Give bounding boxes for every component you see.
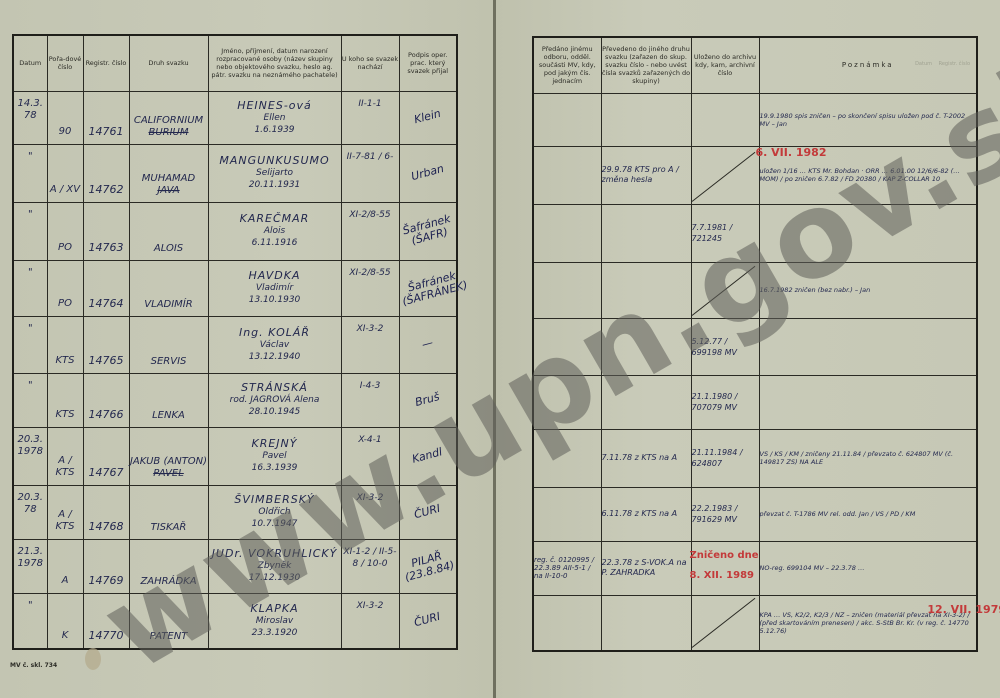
date-text: 20.3. 78	[18, 492, 43, 515]
cell-reg: 14764	[83, 260, 129, 316]
table-row: "KTS14766LENKASTRÁNSKÁrod. JAGROVÁ Alena…	[13, 373, 457, 427]
signature: Bruš	[414, 390, 441, 408]
paper-stain	[85, 648, 101, 670]
signature: PILAŘ (23.8.84)	[397, 547, 458, 585]
reg-number: 14770	[89, 629, 124, 642]
cell-signature: PILAŘ (23.8.84)	[399, 539, 457, 593]
cell-converted: 22.3.78 z S-VOK.A na P. ZAHRADKA	[601, 541, 691, 595]
cell-date: "	[13, 144, 47, 202]
red-stamp: 12. VII. 1979	[927, 606, 1000, 614]
handed-text: reg. č. 0120995 / 22.3.89 AII-5-1 / na I…	[534, 556, 594, 580]
cell-note: VS / KS / KM / zničeny 21.11.84 / převza…	[759, 429, 977, 487]
table-row: 7.11.78 z KTS na A21.11.1984 / 624807VS …	[533, 429, 977, 487]
cell-reg: 14770	[83, 593, 129, 649]
cell-order: A / XV	[47, 144, 83, 202]
reg-number: 14768	[89, 520, 124, 533]
cell-type: LENKA	[129, 373, 208, 427]
signature: ČURI	[413, 611, 442, 629]
cell-date: 21.3. 1978	[13, 539, 47, 593]
type-text: LENKA	[152, 410, 185, 422]
location-text: XI-3-2	[357, 324, 384, 334]
first-name: Vladimír	[256, 282, 293, 294]
cell-signature: Klein	[399, 91, 457, 144]
left-register-table: Datum Pořa-dové číslo Registr. číslo Dru…	[12, 34, 458, 650]
table-row: 29.9.78 KTS pro A / změna heslauložen 1/…	[533, 146, 977, 204]
cell-name: ŠVIMBERSKÝOldřich10.7.1947	[208, 485, 341, 539]
cell-archived: 7.7.1981 / 721245	[691, 204, 759, 262]
red-stamp: 6. VII. 1982	[756, 149, 827, 157]
reg-number: 14761	[89, 125, 124, 138]
cell-converted	[601, 318, 691, 375]
cell-note	[759, 375, 977, 429]
location-text: II-7-81 / 6-	[347, 152, 394, 162]
reg-number: 14766	[89, 408, 124, 421]
faint-header-registr: Registr. číslo	[939, 60, 970, 68]
cell-archived	[691, 146, 759, 204]
table-row: 14.3. 789014761CALIFORNIUMBURIUMHEINES-o…	[13, 91, 457, 144]
cell-location: X-4-1	[341, 427, 399, 485]
signature: ČURI	[413, 502, 442, 520]
cell-converted: 29.9.78 KTS pro A / změna hesla	[601, 146, 691, 204]
table-row: 21.1.1980 / 707079 MV	[533, 375, 977, 429]
left-header-row: Datum Pořa-dové číslo Registr. číslo Dru…	[13, 35, 457, 91]
cell-location: XI-2/8-55	[341, 202, 399, 260]
cell-converted	[601, 93, 691, 146]
cell-signature: Šafránek (ŠAFR)	[399, 202, 457, 260]
converted-text: 29.9.78 KTS pro A / změna hesla	[602, 165, 679, 184]
cell-type: ALOIS	[129, 202, 208, 260]
diagonal-strike-line	[691, 265, 755, 315]
cell-handed-over: reg. č. 0120995 / 22.3.89 AII-5-1 / na I…	[533, 541, 601, 595]
surname: MANGUNKUSUMO	[219, 155, 329, 167]
table-row: "K14770PATENTKLAPKAMiroslav23.3.1920XI-3…	[13, 593, 457, 649]
table-row: reg. č. 0120995 / 22.3.89 AII-5-1 / na I…	[533, 541, 977, 595]
surname: KAREČMAR	[240, 213, 310, 225]
cell-location: I-4-3	[341, 373, 399, 427]
archived-text: 21.1.1980 / 707079 MV	[692, 392, 738, 412]
location-text: X-4-1	[358, 435, 381, 445]
note-text: 19.9.1980 spis zničen – po skončení spis…	[760, 112, 966, 128]
header-predano: Předáno jinému odboru, odděl. součásti M…	[533, 37, 601, 93]
cell-order: PO	[47, 202, 83, 260]
cell-converted	[601, 375, 691, 429]
cell-archived	[691, 262, 759, 318]
table-row: 6.11.78 z KTS na A22.2.1983 / 791629 MVp…	[533, 487, 977, 541]
date-text: 14.3. 78	[18, 98, 43, 121]
location-text: XI-3-2	[357, 601, 384, 611]
header-poznamka: Poznámka Datum Registr. číslo	[759, 37, 977, 93]
cell-note	[759, 204, 977, 262]
cell-order: A	[47, 539, 83, 593]
date-text: "	[28, 151, 33, 162]
reg-number: 14765	[89, 354, 124, 367]
cell-date: 20.3. 78	[13, 485, 47, 539]
header-registr-cislo: Registr. číslo	[83, 35, 129, 91]
cell-name: JUDr. VOKRUHLICKÝZbyněk17.12.1930	[208, 539, 341, 593]
surname: STRÁNSKÁ	[241, 382, 308, 394]
note-text: uložen 1/16 … KTS Mr. Bohdan · ORR … 6.0…	[760, 167, 960, 183]
cell-type: TISKAŘ	[129, 485, 208, 539]
header-u-koho: U koho se svazek nachází	[341, 35, 399, 91]
header-datum: Datum	[13, 35, 47, 91]
table-row: 21.3. 1978A14769ZAHRÁDKAJUDr. VOKRUHLICK…	[13, 539, 457, 593]
header-podpis: Podpis oper. prac. který svazek přijal	[399, 35, 457, 91]
cell-name: MANGUNKUSUMOSelijarto20.11.1931	[208, 144, 341, 202]
cell-reg: 14765	[83, 316, 129, 373]
note-text: NO-reg. 699104 MV – 22.3.78 …	[760, 564, 865, 572]
cell-name: KREJNÝPavel16.3.1939	[208, 427, 341, 485]
cell-date: 20.3. 1978	[13, 427, 47, 485]
type-struck-text: JAVA	[157, 185, 179, 197]
first-name: Václav	[260, 339, 289, 351]
right-register-table: Předáno jinému odboru, odděl. součásti M…	[532, 36, 978, 652]
cell-type: PATENT	[129, 593, 208, 649]
surname: JUDr. VOKRUHLICKÝ	[212, 548, 338, 560]
signature: —	[421, 337, 435, 351]
table-row: "PO14763ALOISKAREČMARAlois6.11.1916XI-2/…	[13, 202, 457, 260]
archived-text: 5.12.77 / 699198 MV	[692, 337, 737, 357]
reg-number: 14769	[89, 574, 124, 587]
note-text: převzat č. T-1786 MV rel. odd. Jan / VS …	[760, 510, 916, 518]
order-text: 90	[59, 126, 72, 137]
cell-converted: 6.11.78 z KTS na A	[601, 487, 691, 541]
cell-date: "	[13, 202, 47, 260]
cell-name: HAVDKAVladimír13.10.1930	[208, 260, 341, 316]
table-row: 5.12.77 / 699198 MV	[533, 318, 977, 375]
order-text: KTS	[55, 355, 74, 366]
red-stamp: Zničeno dne 8. XII. 1989	[690, 546, 770, 586]
cell-order: 90	[47, 91, 83, 144]
cell-name: KAREČMARAlois6.11.1916	[208, 202, 341, 260]
first-name: Zbyněk	[258, 560, 292, 572]
cell-location: II-1-1	[341, 91, 399, 144]
location-text: I-4-3	[360, 381, 381, 391]
cell-name: Ing. KOLÁŘVáclav13.12.1940	[208, 316, 341, 373]
cell-name: KLAPKAMiroslav23.3.1920	[208, 593, 341, 649]
location-text: XI-2/8-55	[349, 210, 390, 220]
cell-signature: Bruš	[399, 373, 457, 427]
cell-location: XI-2/8-55	[341, 260, 399, 316]
birth-date: 13.12.1940	[249, 351, 301, 363]
signature: Kandl	[411, 446, 444, 466]
cell-signature: —	[399, 316, 457, 373]
birth-date: 1.6.1939	[254, 124, 294, 136]
form-number: MV č. skl. 734	[10, 662, 57, 669]
cell-handed-over	[533, 204, 601, 262]
cell-reg: 14766	[83, 373, 129, 427]
cell-reg: 14769	[83, 539, 129, 593]
surname: KLAPKA	[250, 603, 298, 615]
cell-converted: 7.11.78 z KTS na A	[601, 429, 691, 487]
faint-header-datum: Datum	[915, 60, 932, 68]
cell-archived	[691, 595, 759, 651]
cell-signature: ČURI	[399, 485, 457, 539]
cell-handed-over	[533, 262, 601, 318]
cell-location: XI-1-2 / II-5-8 / 10-0	[341, 539, 399, 593]
cell-handed-over	[533, 146, 601, 204]
cell-order: KTS	[47, 373, 83, 427]
type-text: ZAHRÁDKA	[140, 576, 196, 588]
reg-number: 14764	[89, 297, 124, 310]
cell-type: JAKUB (ANTON)PAVEL	[129, 427, 208, 485]
type-text: CALIFORNIUM	[134, 115, 203, 127]
table-row: 20.3. 78A / KTS14768TISKAŘŠVIMBERSKÝOldř…	[13, 485, 457, 539]
header-prevedeno: Převedeno do jiného druhu svazku (zařaze…	[601, 37, 691, 93]
signature: Šafránek (ŠAFR)	[397, 212, 458, 250]
type-struck-text: BURIUM	[148, 127, 188, 139]
first-name: Miroslav	[256, 615, 294, 627]
table-row: "PO14764VLADIMÍRHAVDKAVladimír13.10.1930…	[13, 260, 457, 316]
first-name: Pavel	[262, 450, 286, 462]
type-struck-text: PAVEL	[153, 468, 184, 480]
cell-note	[759, 318, 977, 375]
cell-reg: 14768	[83, 485, 129, 539]
table-row: 19.9.1980 spis zničen – po skončení spis…	[533, 93, 977, 146]
reg-number: 14762	[89, 183, 124, 196]
cell-location: XI-3-2	[341, 593, 399, 649]
reg-number: 14767	[89, 466, 124, 479]
surname: KREJNÝ	[252, 438, 298, 450]
date-text: 20.3. 1978	[18, 434, 43, 457]
surname: HEINES-ová	[237, 100, 312, 112]
reg-number: 14763	[89, 241, 124, 254]
order-text: A / XV	[50, 184, 80, 195]
cell-order: KTS	[47, 316, 83, 373]
table-row: "KTS14765SERVISIng. KOLÁŘVáclav13.12.194…	[13, 316, 457, 373]
cell-note: uložen 1/16 … KTS Mr. Bohdan · ORR … 6.0…	[759, 146, 977, 204]
first-name: Alois	[264, 225, 285, 237]
order-text: PO	[58, 242, 72, 253]
cell-location: XI-3-2	[341, 485, 399, 539]
header-druh-svazku: Druh svazku	[129, 35, 208, 91]
cell-order: PO	[47, 260, 83, 316]
signature: Urban	[410, 162, 445, 182]
diagonal-strike-line	[691, 598, 755, 648]
table-row: 16.7.1982 zničen (bez nabr.) – Jan	[533, 262, 977, 318]
type-text: SERVIS	[151, 356, 187, 368]
page-gutter	[493, 0, 496, 698]
birth-date: 23.3.1920	[252, 627, 298, 639]
date-text: "	[28, 323, 33, 334]
surname: ŠVIMBERSKÝ	[234, 494, 314, 506]
cell-location: XI-3-2	[341, 316, 399, 373]
cell-date: "	[13, 260, 47, 316]
cell-type: CALIFORNIUMBURIUM	[129, 91, 208, 144]
type-text: TISKAŘ	[151, 522, 187, 534]
cell-name: HEINES-ováEllen1.6.1939	[208, 91, 341, 144]
surname: HAVDKA	[249, 270, 301, 282]
cell-archived: 5.12.77 / 699198 MV	[691, 318, 759, 375]
archived-text: 7.7.1981 / 721245	[692, 223, 733, 243]
cell-handed-over	[533, 375, 601, 429]
converted-text: 6.11.78 z KTS na A	[602, 509, 678, 518]
header-poradove-cislo: Pořa-dové číslo	[47, 35, 83, 91]
cell-order: A / KTS	[47, 485, 83, 539]
date-text: "	[28, 380, 33, 391]
cell-reg: 14767	[83, 427, 129, 485]
note-text: VS / KS / KM / zničeny 21.11.84 / převza…	[760, 450, 954, 466]
cell-note: převzat č. T-1786 MV rel. odd. Jan / VS …	[759, 487, 977, 541]
cell-handed-over	[533, 429, 601, 487]
converted-text: 7.11.78 z KTS na A	[602, 453, 678, 462]
type-text: VLADIMÍR	[144, 299, 192, 311]
first-name: Selijarto	[256, 167, 293, 179]
poznamka-label: Poznámka	[842, 61, 894, 69]
cell-handed-over	[533, 595, 601, 651]
birth-date: 13.10.1930	[249, 294, 301, 306]
cell-note: 19.9.1980 spis zničen – po skončení spis…	[759, 93, 977, 146]
cell-signature: Kandl	[399, 427, 457, 485]
cell-archived	[691, 93, 759, 146]
diagonal-strike-line	[691, 151, 755, 201]
date-text: "	[28, 600, 33, 611]
cell-archived: 21.11.1984 / 624807	[691, 429, 759, 487]
cell-handed-over	[533, 93, 601, 146]
signature: Klein	[413, 108, 442, 127]
table-row: "A / XV14762MUHAMADJAVAMANGUNKUSUMOSelij…	[13, 144, 457, 202]
cell-note: NO-reg. 699104 MV – 22.3.78 …Zničeno dne…	[759, 541, 977, 595]
cell-reg: 14763	[83, 202, 129, 260]
cell-note: KPA … VS, K2/2, K2/3 / NZ – zničen (mate…	[759, 595, 977, 651]
table-row: 20.3. 1978A / KTS14767JAKUB (ANTON)PAVEL…	[13, 427, 457, 485]
birth-date: 20.11.1931	[249, 179, 301, 191]
first-name: rod. JAGROVÁ Alena	[230, 394, 320, 406]
cell-converted	[601, 204, 691, 262]
cell-type: ZAHRÁDKA	[129, 539, 208, 593]
birth-date: 10.7.1947	[252, 518, 298, 530]
cell-archived: 22.2.1983 / 791629 MV	[691, 487, 759, 541]
first-name: Ellen	[264, 112, 286, 124]
archived-text: 21.11.1984 / 624807	[692, 448, 743, 468]
note-text: 16.7.1982 zničen (bez nabr.) – Jan	[760, 286, 871, 294]
order-text: KTS	[55, 409, 74, 420]
cell-signature: ČURI	[399, 593, 457, 649]
cell-converted	[601, 262, 691, 318]
cell-type: SERVIS	[129, 316, 208, 373]
location-text: XI-2/8-55	[349, 268, 390, 278]
cell-note: 16.7.1982 zničen (bez nabr.) – Jan	[759, 262, 977, 318]
birth-date: 16.3.1939	[252, 462, 298, 474]
date-text: "	[28, 267, 33, 278]
cell-type: VLADIMÍR	[129, 260, 208, 316]
surname: Ing. KOLÁŘ	[239, 327, 310, 339]
location-text: II-1-1	[358, 99, 381, 109]
type-text: ALOIS	[154, 243, 183, 255]
table-row: KPA … VS, K2/2, K2/3 / NZ – zničen (mate…	[533, 595, 977, 651]
header-ulozeno: Uloženo do archivu kdy, kam, archivní čí…	[691, 37, 759, 93]
signature: Šafránek (ŠAFRÁNEK)	[398, 267, 469, 308]
converted-text: 22.3.78 z S-VOK.A na P. ZAHRADKA	[602, 558, 687, 577]
cell-order: K	[47, 593, 83, 649]
order-text: A / KTS	[55, 455, 74, 478]
first-name: Oldřich	[258, 506, 290, 518]
cell-date: "	[13, 593, 47, 649]
archived-text: 22.2.1983 / 791629 MV	[692, 504, 738, 524]
cell-date: "	[13, 316, 47, 373]
cell-location: II-7-81 / 6-	[341, 144, 399, 202]
date-text: "	[28, 209, 33, 220]
birth-date: 17.12.1930	[249, 572, 301, 584]
order-text: A	[62, 575, 69, 586]
cell-signature: Šafránek (ŠAFRÁNEK)	[399, 260, 457, 316]
cell-archived: 21.1.1980 / 707079 MV	[691, 375, 759, 429]
cell-order: A / KTS	[47, 427, 83, 485]
type-text: JAKUB (ANTON)	[130, 456, 207, 468]
cell-reg: 14762	[83, 144, 129, 202]
order-text: A / KTS	[55, 509, 74, 532]
cell-reg: 14761	[83, 91, 129, 144]
birth-date: 28.10.1945	[249, 406, 301, 418]
cell-converted	[601, 595, 691, 651]
order-text: PO	[58, 298, 72, 309]
cell-date: 14.3. 78	[13, 91, 47, 144]
cell-signature: Urban	[399, 144, 457, 202]
cell-date: "	[13, 373, 47, 427]
location-text: XI-1-2 / II-5-8 / 10-0	[343, 547, 396, 569]
cell-handed-over	[533, 318, 601, 375]
table-row: 7.7.1981 / 721245	[533, 204, 977, 262]
type-text: MUHAMAD	[142, 173, 195, 185]
cell-name: STRÁNSKÁrod. JAGROVÁ Alena28.10.1945	[208, 373, 341, 427]
cell-type: MUHAMADJAVA	[129, 144, 208, 202]
cell-handed-over	[533, 487, 601, 541]
type-text: PATENT	[150, 631, 188, 643]
date-text: 21.3. 1978	[18, 546, 43, 569]
header-jmeno: Jméno, příjmení, datum narození rozpraco…	[208, 35, 341, 91]
right-header-row: Předáno jinému odboru, odděl. součásti M…	[533, 37, 977, 93]
order-text: K	[62, 630, 69, 641]
birth-date: 6.11.1916	[252, 237, 298, 249]
location-text: XI-3-2	[357, 493, 384, 503]
